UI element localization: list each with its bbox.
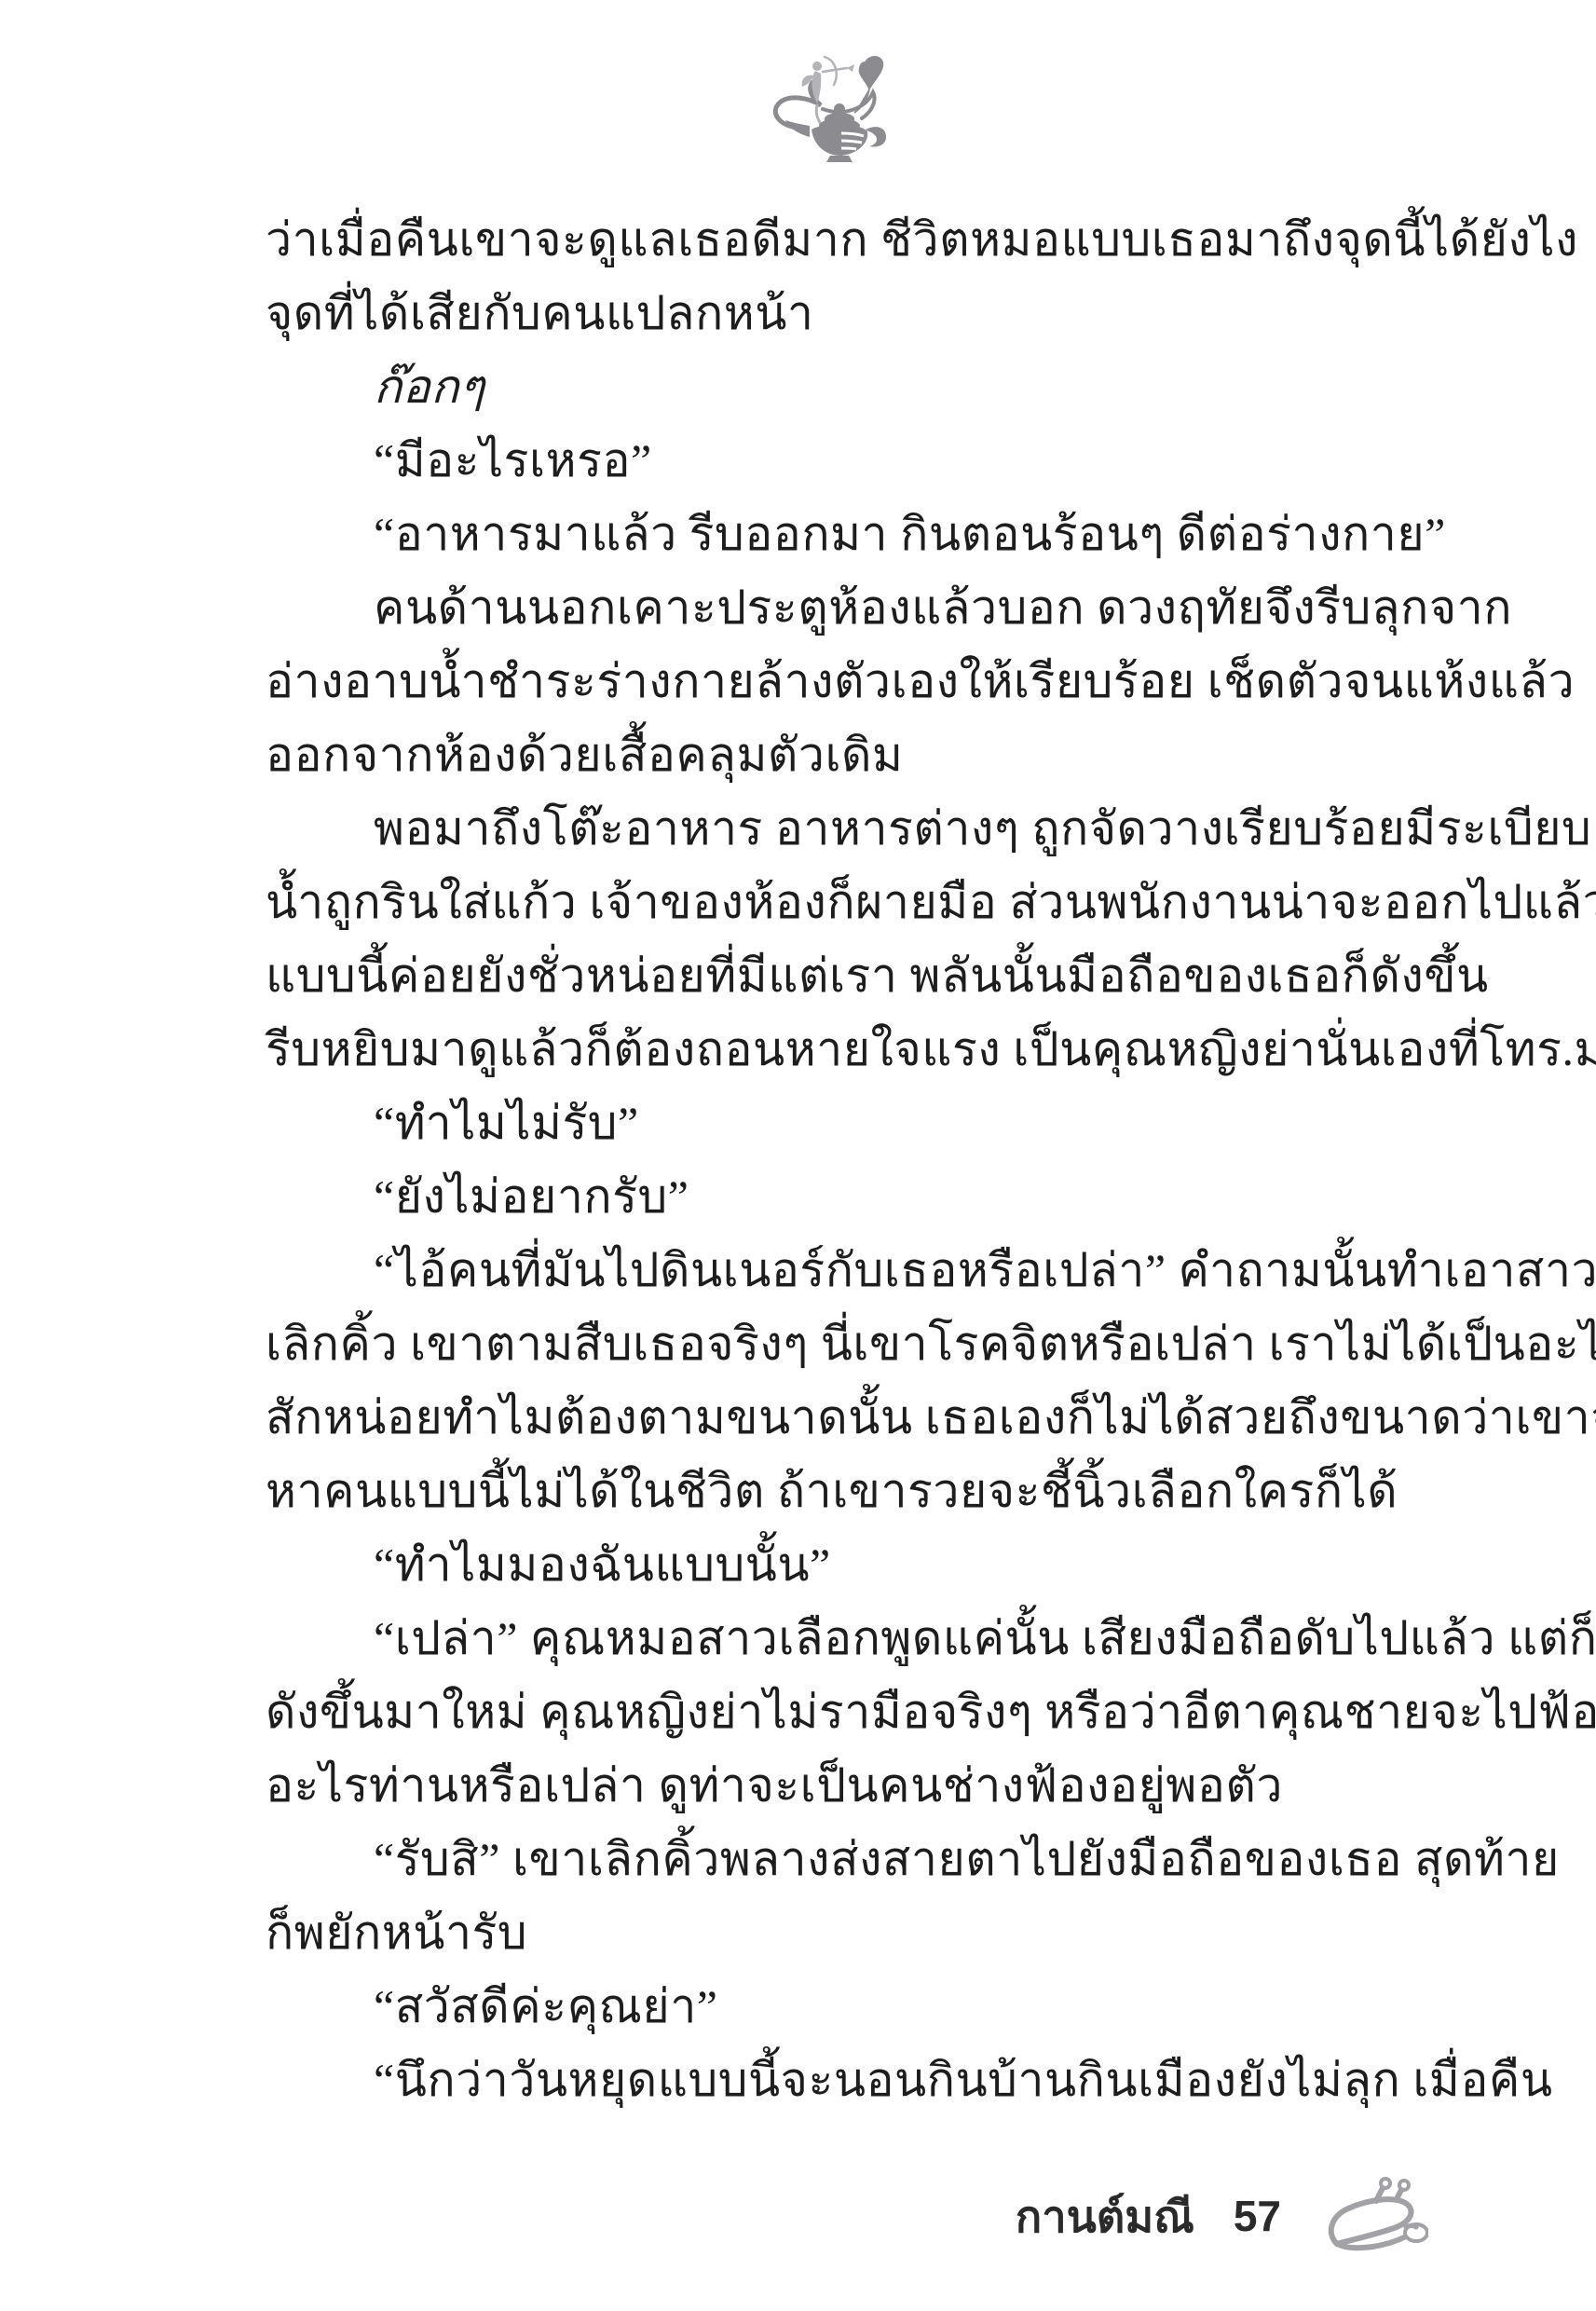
text-line: “รับสิ” เขาเลิกคิ้วพลางส่งสายตาไปยังมือถ…	[266, 1823, 1438, 1896]
text-line: “ทำไมมองฉันแบบนั้น”	[266, 1528, 1438, 1602]
text-line: จุดที่ได้เสียกับคนแปลกหน้า	[266, 277, 1438, 350]
text-line: “ทำไมไม่รับ”	[266, 1087, 1438, 1160]
heart-icon	[854, 57, 882, 113]
text-line: ก็พยักหน้ารับ	[266, 1896, 1438, 1970]
text-line: หาคนแบบนี้ไม่ได้ในชีวิต ถ้าเขารวยจะชี้นิ…	[266, 1455, 1438, 1528]
text-line: อ่างอาบน้ำชำระร่างกายล้างตัวเองให้เรียบร…	[266, 645, 1438, 718]
text-line: ออกจากห้องด้วยเสื้อคลุมตัวเดิม	[266, 718, 1438, 792]
book-page: ว่าเมื่อคืนเขาจะดูแลเธอดีมาก ชีวิตหมอแบบ…	[0, 0, 1596, 2311]
text-line: แบบนี้ค่อยยังชั่วหน่อยที่มีแต่เรา พลันนั…	[266, 939, 1438, 1013]
text-line: พอมาถึงโต๊ะอาหาร อาหารต่างๆ ถูกจัดวางเรี…	[266, 792, 1438, 866]
text-line: น้ำถูกรินใส่แก้ว เจ้าของห้องก็ผายมือ ส่ว…	[266, 866, 1438, 939]
body-text: ว่าเมื่อคืนเขาจะดูแลเธอดีมาก ชีวิตหมอแบบ…	[266, 203, 1438, 2117]
text-line: เลิกคิ้ว เขาตามสืบเธอจริงๆ นี่เขาโรคจิตห…	[266, 1307, 1438, 1381]
text-line: ดังขึ้นมาใหม่ คุณหญิงย่าไม่รามือจริงๆ หร…	[266, 1675, 1438, 1749]
page-number: 57	[1234, 2191, 1281, 2241]
book-title: กานต์มณี	[1016, 2181, 1194, 2251]
text-line: “นึกว่าวันหยุดแบบนี้จะนอนกินบ้านกินเมือง…	[266, 2044, 1438, 2117]
text-line: สักหน่อยทำไมต้องตามขนาดนั้น เธอเองก็ไม่ไ…	[266, 1381, 1438, 1455]
text-line: “อาหารมาแล้ว รีบออกมา กินตอนร้อนๆ ดีต่อร…	[266, 498, 1438, 571]
text-line: ก๊อกๆ	[266, 350, 1438, 424]
text-line: “เปล่า” คุณหมอสาวเลือกพูดแค่นั้น เสียงมื…	[266, 1602, 1438, 1675]
text-line: “ไอ้คนที่มันไปดินเนอร์กับเธอหรือเปล่า” ค…	[266, 1234, 1438, 1307]
text-line: “ยังไม่อยากรับ”	[266, 1160, 1438, 1234]
text-line: คนด้านนอกเคาะประตูห้องแล้วบอก ดวงฤทัยจึง…	[266, 571, 1438, 645]
text-line: “สวัสดีค่ะคุณย่า”	[266, 1970, 1438, 2044]
text-line: รีบหยิบมาดูแล้วก็ต้องถอนหายใจแรง เป็นคุณ…	[266, 1013, 1438, 1087]
text-line: อะไรท่านหรือเปล่า ดูท่าจะเป็นคนช่างฟ้องอ…	[266, 1749, 1438, 1823]
stethoscope-icon	[1324, 2175, 1428, 2257]
cupid-genie-lamp-logo	[769, 50, 899, 166]
text-line: “มีอะไรเหรอ”	[266, 424, 1438, 498]
page-footer: กานต์มณี 57	[1016, 2173, 1428, 2259]
text-line: ว่าเมื่อคืนเขาจะดูแลเธอดีมาก ชีวิตหมอแบบ…	[266, 203, 1438, 277]
